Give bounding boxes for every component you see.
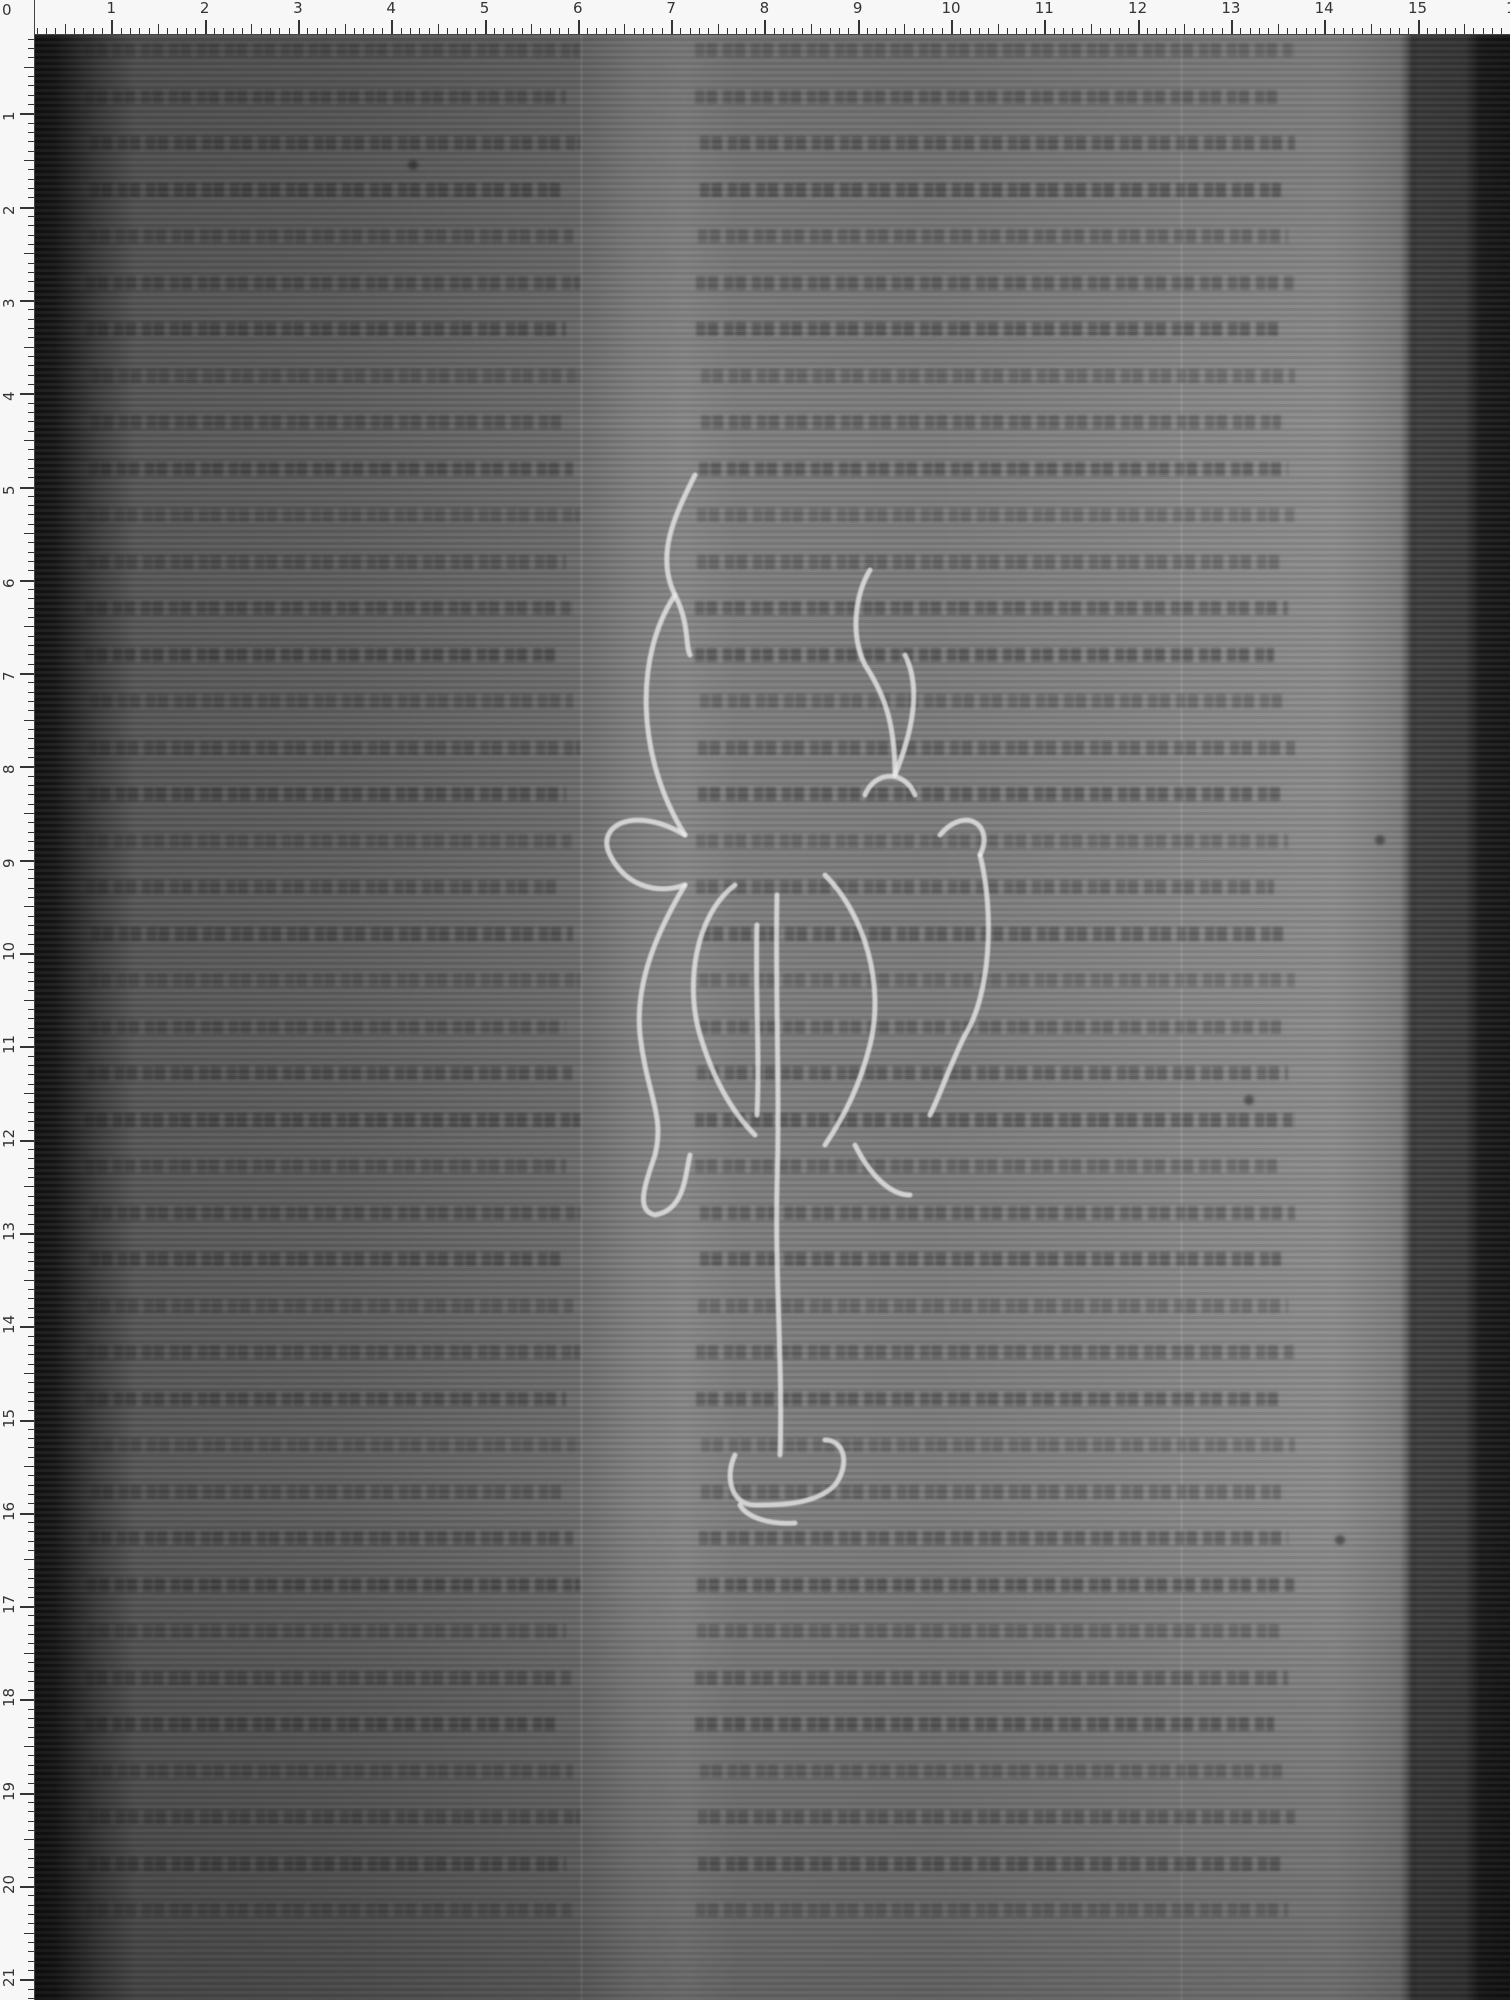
ruler-label: 12	[1, 1129, 17, 1148]
ruler-tick	[28, 990, 34, 991]
ruler-tick	[28, 1681, 34, 1682]
ruler-tick	[20, 487, 34, 489]
ruler-tick	[24, 253, 34, 254]
ruler-tick	[28, 1308, 34, 1309]
ruler-tick	[20, 580, 34, 582]
ruler-tick	[195, 28, 196, 34]
ruler-tick	[1147, 28, 1148, 34]
ruler-tick	[28, 169, 34, 170]
ruler-tick	[28, 1989, 34, 1990]
ruler-tick	[28, 916, 34, 917]
ruler-tick	[28, 1709, 34, 1710]
ruler-tick	[28, 1774, 34, 1775]
ruler-label: 15	[1408, 0, 1427, 16]
ruler-tick	[28, 1242, 34, 1243]
ruler-tick	[28, 1531, 34, 1532]
ruler-tick	[1399, 28, 1400, 34]
ruler-tick	[24, 1000, 34, 1001]
ruler-tick	[28, 1550, 34, 1551]
ruler-tick	[28, 561, 34, 562]
ruler-tick	[643, 28, 644, 34]
ruler-tick	[20, 1699, 34, 1701]
ruler-tick	[28, 1224, 34, 1225]
ruler-tick	[24, 1373, 34, 1374]
ruler-tick	[1222, 28, 1223, 34]
ruler-tick	[1445, 28, 1446, 34]
ruler-tick	[988, 28, 989, 34]
ruler-tick	[1455, 28, 1456, 34]
ruler-tick	[24, 906, 34, 907]
ruler-label: 1	[107, 0, 117, 16]
ruler-tick	[28, 1438, 34, 1439]
ruler-tick	[20, 207, 34, 209]
ruler-tick	[261, 28, 262, 34]
ruler-tick	[28, 1457, 34, 1458]
ruler-label: 8	[1, 765, 17, 775]
ruler-left: 0123456789101112131415161718192021	[0, 0, 35, 2000]
ruler-tick	[28, 608, 34, 609]
ruler-tick	[792, 28, 793, 34]
ruler-tick	[28, 1942, 34, 1943]
ruler-tick	[28, 1821, 34, 1822]
ruler-tick	[24, 1186, 34, 1187]
ruler-tick	[20, 766, 34, 768]
ruler-tick	[20, 1046, 34, 1048]
ruler-tick	[1408, 28, 1409, 34]
ruler-label: 21	[1, 1968, 17, 1987]
ruler-tick	[28, 598, 34, 599]
ruler-tick	[429, 28, 430, 34]
ruler-tick	[28, 1289, 34, 1290]
ruler-tick	[970, 28, 971, 34]
ruler-tick	[28, 1494, 34, 1495]
ruler-tick	[942, 28, 943, 34]
ruler-label: 8	[760, 0, 770, 16]
ruler-tick	[28, 1849, 34, 1850]
ruler-tick	[28, 794, 34, 795]
ruler-tick	[298, 20, 300, 34]
ruler-tick	[20, 393, 34, 395]
ruler-tick	[774, 28, 775, 34]
ruler-label: 6	[573, 0, 583, 16]
ruler-tick	[28, 319, 34, 320]
ruler-tick	[1483, 28, 1484, 34]
ruler-tick	[28, 682, 34, 683]
ruler-tick	[28, 235, 34, 236]
ruler-tick	[811, 24, 812, 34]
ruler-tick	[410, 28, 411, 34]
ruler-tick	[28, 1914, 34, 1915]
ruler-tick	[28, 1877, 34, 1878]
ruler-tick	[1063, 28, 1064, 34]
ruler-tick	[28, 151, 34, 152]
ruler-tick	[28, 1522, 34, 1523]
ruler-tick	[233, 28, 234, 34]
ruler-tick	[24, 1093, 34, 1094]
ruler-tick	[74, 28, 75, 34]
ruler-tick	[28, 356, 34, 357]
ruler-tick	[28, 188, 34, 189]
ruler-tick	[839, 28, 840, 34]
ruler-tick	[718, 24, 719, 34]
ruler-tick	[28, 179, 34, 180]
ruler-tick	[28, 1643, 34, 1644]
ruler-tick	[345, 24, 346, 34]
ruler-tick	[326, 28, 327, 34]
ruler-tick	[28, 832, 34, 833]
ruler-label: 17	[1, 1595, 17, 1614]
ruler-tick	[587, 28, 588, 34]
ruler-tick	[28, 104, 34, 105]
ruler-tick	[28, 1625, 34, 1626]
ruler-tick	[485, 20, 487, 34]
ruler-tick	[111, 20, 113, 34]
ruler-tick	[28, 123, 34, 124]
ruler-tick	[736, 28, 737, 34]
ruler-tick	[28, 897, 34, 898]
ruler-tick	[28, 309, 34, 310]
ruler-tick	[1343, 28, 1344, 34]
ruler-tick	[307, 28, 308, 34]
ruler-tick	[28, 281, 34, 282]
ruler-tick	[214, 28, 215, 34]
ruler-tick	[24, 533, 34, 534]
ruler-tick	[270, 28, 271, 34]
ruler-tick	[28, 1671, 34, 1672]
ruler-tick	[28, 981, 34, 982]
ruler-tick	[28, 1168, 34, 1169]
ruler-label: 11	[1035, 0, 1054, 16]
ruler-tick	[662, 28, 663, 34]
ruler-tick	[24, 160, 34, 161]
ruler-tick	[540, 28, 541, 34]
ruler-tick	[28, 822, 34, 823]
ruler-tick	[55, 28, 56, 34]
ruler-tick	[28, 570, 34, 571]
ruler-label: 10	[1, 942, 17, 961]
ruler-tick	[1315, 28, 1316, 34]
ruler-tick	[28, 505, 34, 506]
ruler-tick	[28, 850, 34, 851]
ruler-tick	[28, 1121, 34, 1122]
ruler-tick	[802, 28, 803, 34]
ruler-tick	[158, 24, 159, 34]
scan-vignette	[35, 35, 1510, 2000]
ruler-label: 5	[480, 0, 490, 16]
ruler-tick	[494, 28, 495, 34]
ruler-tick	[24, 347, 34, 348]
ruler-tick	[20, 1606, 34, 1608]
ruler-tick	[28, 1364, 34, 1365]
ruler-tick	[28, 496, 34, 497]
ruler-tick	[28, 934, 34, 935]
ruler-tick	[28, 1084, 34, 1085]
ruler-tick	[28, 888, 34, 889]
ruler-tick	[568, 28, 569, 34]
ruler-tick	[139, 28, 140, 34]
ruler-tick	[28, 1298, 34, 1299]
ruler-tick	[28, 1401, 34, 1402]
ruler-tick	[1240, 28, 1241, 34]
ruler-tick	[24, 1559, 34, 1560]
ruler-tick	[149, 28, 150, 34]
ruler-tick	[28, 1727, 34, 1728]
ruler-tick	[223, 28, 224, 34]
ruler-tick	[401, 28, 402, 34]
ruler-tick	[28, 785, 34, 786]
ruler-tick	[28, 263, 34, 264]
ruler-tick	[28, 1261, 34, 1262]
ruler-tick	[102, 28, 103, 34]
ruler-tick	[28, 1830, 34, 1831]
ruler-tick	[28, 1737, 34, 1738]
ruler-tick	[1072, 28, 1073, 34]
ruler-tick	[28, 524, 34, 525]
ruler-tick	[1250, 28, 1251, 34]
ruler-tick	[28, 375, 34, 376]
ruler-tick	[28, 1755, 34, 1756]
ruler-tick	[28, 1130, 34, 1131]
ruler-tick	[121, 28, 122, 34]
ruler-tick	[28, 1802, 34, 1803]
ruler-tick	[28, 365, 34, 366]
ruler-tick	[28, 1634, 34, 1635]
ruler-tick	[28, 291, 34, 292]
ruler-tick	[1128, 28, 1129, 34]
ruler-tick	[522, 28, 523, 34]
ruler-label: 18	[1, 1688, 17, 1707]
ruler-tick	[886, 28, 887, 34]
ruler-tick	[1296, 28, 1297, 34]
ruler-tick	[1212, 28, 1213, 34]
ruler-tick	[1287, 28, 1288, 34]
ruler-tick	[20, 300, 34, 302]
ruler-tick	[28, 1905, 34, 1906]
ruler-tick	[867, 28, 868, 34]
ruler-tick	[1119, 28, 1120, 34]
ruler-tick	[382, 28, 383, 34]
ruler-tick	[1268, 28, 1269, 34]
ruler-tick	[28, 1205, 34, 1206]
ruler-tick	[1464, 24, 1465, 34]
ruler-tick	[1054, 28, 1055, 34]
ruler-tick	[46, 28, 47, 34]
ruler-tick	[1110, 28, 1111, 34]
ruler-tick	[1231, 20, 1233, 34]
ruler-tick	[28, 542, 34, 543]
ruler-tick	[690, 28, 691, 34]
ruler-tick	[28, 1970, 34, 1971]
ruler-tick	[1352, 28, 1353, 34]
ruler-label: 2	[200, 0, 210, 16]
ruler-tick	[335, 28, 336, 34]
ruler-tick	[28, 1475, 34, 1476]
ruler-tick	[28, 645, 34, 646]
ruler-tick	[1194, 28, 1195, 34]
ruler-tick	[28, 39, 34, 40]
ruler-tick	[24, 813, 34, 814]
ruler-tick	[28, 701, 34, 702]
ruler-tick	[28, 1345, 34, 1346]
ruler-tick	[624, 24, 625, 34]
ruler-tick	[28, 272, 34, 273]
ruler-tick	[28, 776, 34, 777]
ruler-tick	[28, 1336, 34, 1337]
ruler-tick	[1026, 28, 1027, 34]
ruler-label: 2	[1, 205, 17, 215]
ruler-tick	[1473, 28, 1474, 34]
ruler-tick	[28, 729, 34, 730]
ruler-tick	[28, 552, 34, 553]
ruler-tick	[28, 1867, 34, 1868]
ruler-label: 3	[293, 0, 303, 16]
ruler-tick	[20, 953, 34, 955]
ruler-tick	[83, 28, 84, 34]
ruler-tick	[28, 738, 34, 739]
ruler-tick	[24, 1280, 34, 1281]
ruler-tick	[28, 710, 34, 711]
ruler-tick	[28, 1783, 34, 1784]
ruler-tick	[1334, 28, 1335, 34]
ruler-tick	[28, 244, 34, 245]
ruler-tick	[457, 28, 458, 34]
ruler-label: 15	[1, 1408, 17, 1427]
ruler-tick	[1436, 28, 1437, 34]
ruler-tick	[28, 748, 34, 749]
ruler-tick	[28, 1662, 34, 1663]
ruler-tick	[24, 67, 34, 68]
ruler-tick	[20, 673, 34, 675]
ruler-tick	[20, 1793, 34, 1795]
ruler-tick	[559, 28, 560, 34]
ruler-tick	[28, 1382, 34, 1383]
ruler-tick	[28, 1858, 34, 1859]
ruler-tick	[20, 1886, 34, 1888]
ruler-label: 19	[1, 1782, 17, 1801]
ruler-tick	[28, 85, 34, 86]
ruler-tick	[28, 757, 34, 758]
ruler-tick	[764, 20, 766, 34]
ruler-tick	[1492, 28, 1493, 34]
ruler-tick	[652, 28, 653, 34]
ruler-tick	[438, 24, 439, 34]
ruler-tick	[596, 28, 597, 34]
ruler-tick	[24, 1653, 34, 1654]
ruler-tick	[28, 869, 34, 870]
ruler-label: 11	[1, 1035, 17, 1054]
ruler-tick	[1380, 28, 1381, 34]
ruler-tick	[447, 28, 448, 34]
ruler-tick	[28, 57, 34, 58]
ruler-tick	[28, 477, 34, 478]
ruler-tick	[24, 1466, 34, 1467]
ruler-tick	[28, 1429, 34, 1430]
ruler-tick	[1156, 28, 1157, 34]
ruler-tick	[531, 24, 532, 34]
ruler-label: 1	[1, 112, 17, 122]
ruler-tick	[28, 403, 34, 404]
ruler-tick	[28, 617, 34, 618]
ruler-tick	[28, 337, 34, 338]
ruler-tick	[20, 1233, 34, 1235]
ruler-tick	[1203, 28, 1204, 34]
ruler-tick	[28, 878, 34, 879]
ruler-tick	[28, 1587, 34, 1588]
ruler-tick	[28, 95, 34, 96]
ruler-tick	[37, 28, 38, 34]
ruler-tick	[363, 28, 364, 34]
ruler-tick	[1175, 28, 1176, 34]
ruler-tick	[727, 28, 728, 34]
ruler-tick	[93, 28, 94, 34]
ruler-tick	[28, 1252, 34, 1253]
ruler-tick	[167, 28, 168, 34]
ruler-tick	[177, 28, 178, 34]
ruler-tick	[998, 24, 999, 34]
ruler-label: 14	[1, 1315, 17, 1334]
ruler-tick	[20, 1420, 34, 1422]
ruler-tick	[28, 1037, 34, 1038]
ruler-tick	[289, 28, 290, 34]
ruler-tick	[783, 28, 784, 34]
ruler-tick	[28, 459, 34, 460]
ruler-tick	[895, 28, 896, 34]
ruler-tick	[28, 1690, 34, 1691]
ruler-tick	[960, 28, 961, 34]
ruler-tick	[28, 132, 34, 133]
ruler-tick	[1371, 24, 1372, 34]
ruler-tick	[391, 20, 393, 34]
ruler-tick	[680, 28, 681, 34]
ruler-tick	[28, 1541, 34, 1542]
ruler-tick	[20, 1979, 34, 1981]
ruler-label: 5	[1, 485, 17, 495]
ruler-tick	[24, 440, 34, 441]
ruler-tick	[24, 1839, 34, 1840]
ruler-tick	[28, 962, 34, 963]
ruler-label: 1	[1506, 0, 1510, 16]
ruler-tick	[28, 468, 34, 469]
ruler-label: 20	[1, 1875, 17, 1894]
ruler-tick	[28, 1597, 34, 1598]
ruler-tick	[1306, 28, 1307, 34]
ruler-tick	[1044, 20, 1046, 34]
ruler-tick	[1501, 28, 1502, 34]
ruler-tick	[20, 1140, 34, 1142]
ruler-tick	[28, 1485, 34, 1486]
ruler-tick	[28, 1196, 34, 1197]
ruler-tick	[28, 1102, 34, 1103]
scan-image	[35, 35, 1510, 2000]
ruler-label: 7	[1, 672, 17, 682]
ruler-tick	[28, 654, 34, 655]
ruler-tick	[28, 1056, 34, 1057]
ruler-tick	[28, 1270, 34, 1271]
ruler-tick	[475, 28, 476, 34]
ruler-tick	[923, 28, 924, 34]
ruler-tick	[512, 28, 513, 34]
ruler-label: 4	[386, 0, 396, 16]
ruler-tick	[28, 1214, 34, 1215]
ruler-tick	[28, 1065, 34, 1066]
ruler-tick	[28, 1951, 34, 1952]
ruler-tick	[28, 664, 34, 665]
ruler-tick	[28, 384, 34, 385]
ruler-tick	[419, 28, 420, 34]
ruler-tick	[28, 1074, 34, 1075]
ruler-tick	[28, 692, 34, 693]
ruler-tick	[1100, 28, 1101, 34]
